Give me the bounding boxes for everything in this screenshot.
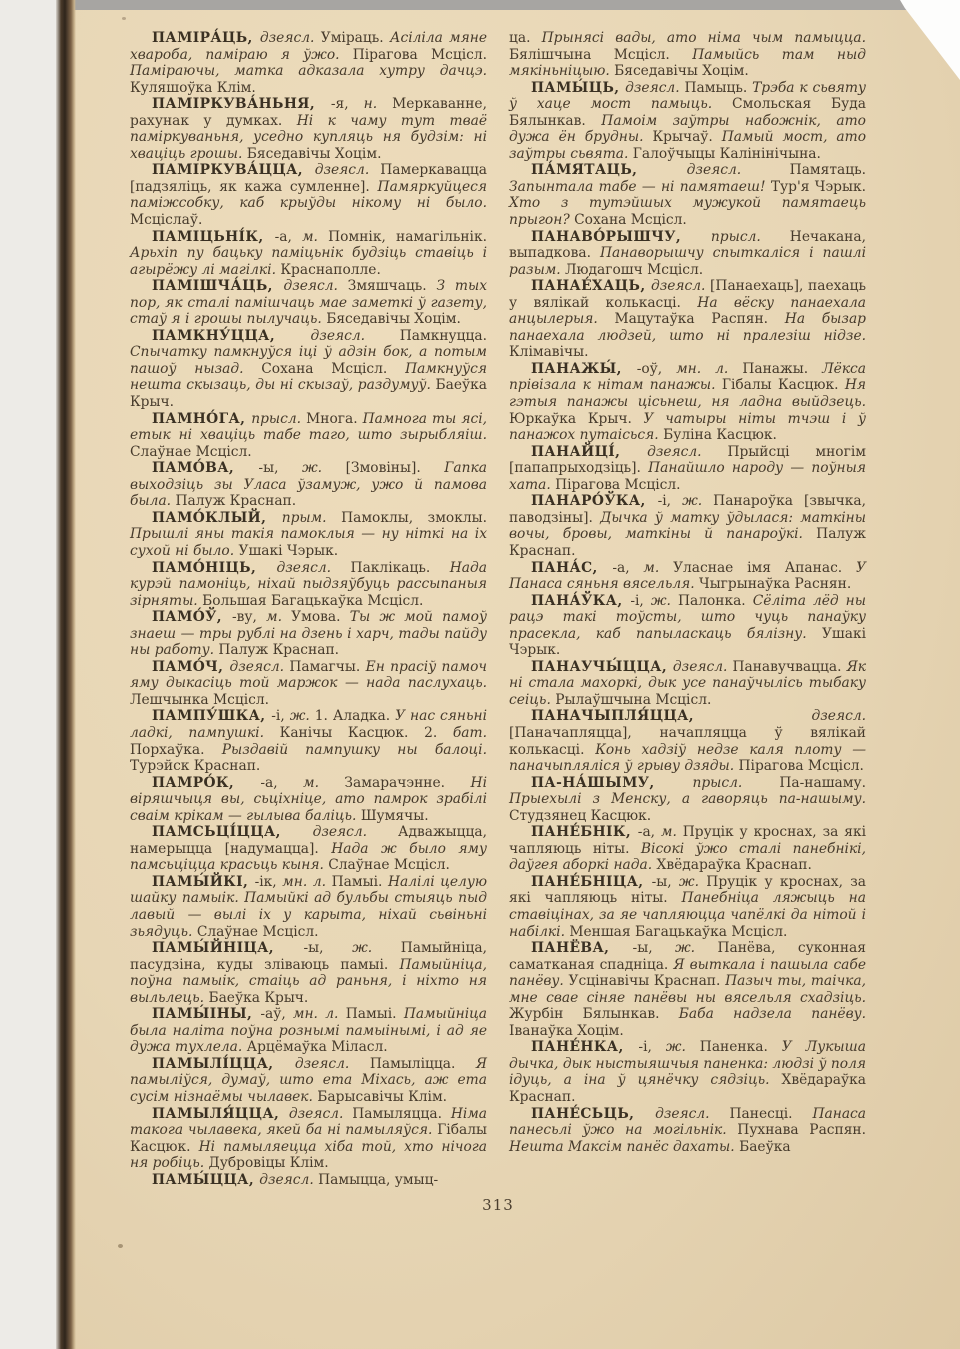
- example-italic-text: мн. л.: [293, 1006, 346, 1022]
- example-italic-text: Рыздавій пампушку ны балоці.: [222, 742, 487, 758]
- plain-text: Памыі.: [332, 874, 388, 890]
- plain-text: Чыгрынаўка Раснян.: [699, 576, 851, 592]
- headword: ПАМІРА́ЦЬ,: [152, 30, 260, 46]
- scanned-dictionary-page: ПАМІРА́ЦЬ, дзеясл. Уміраць. Асіліла мяне…: [0, 0, 960, 1349]
- dictionary-entry: ПАНАЕ́ХАЦЬ, дзеясл. [Панаехаць], паехаць…: [509, 278, 866, 361]
- example-italic-text: мн. л.: [282, 874, 331, 890]
- plain-text: Юркаўка Крыч.: [509, 411, 644, 427]
- headword: ПАМО́Ў,: [152, 609, 232, 625]
- headword: ПАМІРКУВА́НЬНЯ,: [152, 96, 331, 112]
- plain-text: Пірагова Мсцісл.: [353, 47, 487, 63]
- dictionary-entry: ПАМО́ВА, -ы, ж. [Змовіны]. Гапка выходзі…: [130, 460, 487, 510]
- plain-text: Паклікаць.: [351, 560, 450, 576]
- headword: ПАМІЦЬНІ́К,: [152, 229, 275, 245]
- plain-text: Палуж Краснап.: [218, 642, 339, 658]
- dictionary-entry: ПА́МЯТАЦЬ, дзеясл. Памятаць. Запынтала т…: [509, 162, 866, 228]
- plain-text: -і,: [271, 708, 289, 724]
- plain-text: Бяседавічы Хоцім.: [247, 146, 382, 162]
- plain-text: Многа.: [306, 411, 363, 427]
- example-italic-text: ж.: [679, 874, 706, 890]
- dictionary-entry: ПАНЁВА, -ы, ж. Панёва, суконная саматкан…: [509, 940, 866, 1039]
- dictionary-entry: ПАНАЙЦІ́, дзеясл. Прыйсці многім [папапр…: [509, 444, 866, 494]
- plain-text: Шумячы.: [361, 808, 429, 824]
- dictionary-entry: ПАНАЖЫ́, -оў, мн. л. Панажы. Лёкса пріві…: [509, 361, 866, 444]
- two-column-layout: ПАМІРА́ЦЬ, дзеясл. Уміраць. Асіліла мяне…: [130, 30, 866, 1188]
- plain-text: Лешчынка Мсцісл.: [130, 692, 269, 708]
- example-italic-text: Запынтала табе — ні памятаеш!: [509, 179, 771, 195]
- dictionary-text-block: ПАМІРА́ЦЬ, дзеясл. Уміраць. Асіліла мяне…: [130, 30, 866, 1188]
- headword: ПА-НА́ШЫМУ,: [531, 775, 692, 791]
- example-italic-text: Паміраючы, матка адказала хутру дачцэ.: [130, 63, 487, 79]
- plain-text: Іванаўка Хоцім.: [509, 1023, 624, 1039]
- dictionary-entry: ПАНАУЧЫ́ЦЦА, дзеясл. Панавучвацца. Як ні…: [509, 659, 866, 709]
- plain-text: Куляшоўка Клім.: [130, 80, 256, 96]
- headword: ПАНАЕ́ХАЦЬ,: [531, 278, 651, 294]
- headword: ПАНЕ́СЬЦЬ,: [531, 1106, 655, 1122]
- plain-text: Галоўчыцы Калінінічына.: [633, 146, 821, 162]
- plain-text: Слаўнае Мсцісл.: [328, 857, 450, 873]
- plain-text: Меншая Багацькаўка Мсцісл.: [569, 924, 787, 940]
- plain-text: Памкнуцца.: [400, 328, 487, 344]
- headword: ПАНАВО́РЫШЧУ,: [531, 229, 711, 245]
- plain-text: Краснаполле.: [280, 262, 380, 278]
- example-italic-text: дзеясл.: [313, 824, 398, 840]
- headword: ПАНАУЧЫ́ЦЦА,: [531, 659, 673, 675]
- ink-speck: [118, 1244, 123, 1248]
- column-right: ца. Прынясі вады, ато німа чым памыцца. …: [509, 30, 866, 1188]
- example-italic-text: ж.: [302, 460, 346, 476]
- example-italic-text: дзеясл.: [277, 560, 351, 576]
- dictionary-entry: ПА-НА́ШЫМУ, прысл. Па-нашаму. Прыехылі з…: [509, 775, 866, 825]
- plain-text: Памыцца, умыц-: [318, 1172, 438, 1188]
- dictionary-entry: ПАНАРО́ЎКА, -і, ж. Панароўка [звычка, па…: [509, 493, 866, 559]
- headword: ПАНАЖЫ́,: [531, 361, 637, 377]
- plain-text: Хвёдараўка Краснап.: [657, 857, 812, 873]
- example-italic-text: ж.: [666, 1039, 700, 1055]
- plain-text: -і,: [630, 593, 650, 609]
- example-italic-text: прым.: [282, 510, 341, 526]
- headword: ПАМРО́К,: [152, 775, 260, 791]
- headword: ПАНАЙЦІ́,: [531, 444, 647, 460]
- page-number: 313: [130, 1196, 866, 1214]
- plain-text: ца.: [509, 30, 542, 46]
- dictionary-entry: ПАНАВО́РЫШЧУ, прысл. Нечакана, выпадкова…: [509, 229, 866, 279]
- plain-text: Журбін Бялынкав.: [509, 1006, 679, 1022]
- example-italic-text: Хто з тутэйшых мужукой памятаець прыгон?: [509, 195, 866, 228]
- plain-text: Порхаўка.: [130, 742, 222, 758]
- plain-text: -а,: [612, 560, 643, 576]
- example-italic-text: м.: [302, 229, 328, 245]
- plain-text: Памоклы, змоклы.: [341, 510, 487, 526]
- plain-text: -ік,: [255, 874, 283, 890]
- plain-text: -і,: [638, 1039, 665, 1055]
- headword: ПАНАЧЫПЛЯ́ЦЦА,: [531, 708, 812, 724]
- plain-text: -оў,: [637, 361, 677, 377]
- plain-text: -аў,: [260, 1006, 293, 1022]
- ink-speck: [122, 17, 126, 20]
- example-italic-text: дзеясл.: [687, 162, 790, 178]
- plain-text: Панесці.: [730, 1106, 813, 1122]
- dictionary-entry: ПАМЫ́ЦЬ, дзеясл. Памыць. Трэба к сьвяту …: [509, 80, 866, 163]
- plain-text: Пірагова Мсцісл.: [739, 758, 864, 774]
- column-left: ПАМІРА́ЦЬ, дзеясл. Уміраць. Асіліла мяне…: [130, 30, 487, 1188]
- headword: ПАНЕ́БНІЦА,: [531, 874, 652, 890]
- plain-text: Памятаць.: [790, 162, 866, 178]
- headword: ПАМО́НІЦЬ,: [152, 560, 277, 576]
- plain-text: -ы,: [258, 460, 302, 476]
- plain-text: 1. Аладка.: [315, 708, 395, 724]
- dictionary-entry: ПАНЕ́НКА, -і, ж. Паненка. У Лукыша дычка…: [509, 1039, 866, 1105]
- headword: ПА́МЯТАЦЬ,: [531, 162, 687, 178]
- scan-left-margin: [0, 0, 56, 1349]
- example-italic-text: бат.: [453, 725, 487, 741]
- plain-text: Змяшчаць.: [348, 278, 437, 294]
- example-italic-text: дзеясл.: [647, 444, 727, 460]
- plain-text: Арцёмаўка Міласл.: [247, 1039, 388, 1055]
- plain-text: Большая Багацькаўка Мсцісл.: [202, 593, 423, 609]
- dictionary-entry: ПАМКНУ́ЦЦА, дзеясл. Памкнуцца. Спычатку …: [130, 328, 487, 411]
- plain-text: Памыліцца.: [370, 1056, 476, 1072]
- plain-text: Замарачэнне.: [344, 775, 470, 791]
- headword: ПАНА́С,: [531, 560, 612, 576]
- dictionary-entry: ПАНЕ́СЬЦЬ, дзеясл. Панесці. Панаса панес…: [509, 1106, 866, 1156]
- headword: ПАНЕ́БНІК,: [531, 824, 638, 840]
- plain-text: -ы,: [652, 874, 679, 890]
- example-italic-text: дзеясл.: [311, 328, 400, 344]
- headword: ПАМЫ́ЙНІЦА,: [152, 940, 303, 956]
- headword: ПАМЫ́ЦЦА,: [152, 1172, 259, 1188]
- plain-text: Памыць.: [684, 80, 752, 96]
- dictionary-entry: ПАМРО́К, -а, м. Замарачэнне. Ні віряшчыц…: [130, 775, 487, 825]
- plain-text: -а,: [638, 824, 661, 840]
- dictionary-entry: ПАМНО́ГА, прысл. Многа. Памнога ты ясі, …: [130, 411, 487, 461]
- dictionary-entry: ПАМО́НІЦЬ, дзеясл. Паклікаць. Нада курэй…: [130, 560, 487, 610]
- dictionary-entry: ПАМО́КЛЫЙ, прым. Памоклы, змоклы. Прышлі…: [130, 510, 487, 560]
- headword: ПАНЕ́НКА,: [531, 1039, 638, 1055]
- plain-text: -а,: [260, 775, 303, 791]
- example-italic-text: м.: [303, 775, 344, 791]
- dictionary-entry: ца. Прынясі вады, ато німа чым памыцца. …: [509, 30, 866, 80]
- scanner-backdrop-strip: [0, 0, 960, 10]
- plain-text: Уласнае імя Апанас.: [673, 560, 856, 576]
- example-italic-text: дзеясл.: [673, 659, 733, 675]
- plain-text: Барысавічы Клім.: [317, 1089, 447, 1105]
- example-italic-text: ж.: [682, 493, 713, 509]
- dictionary-entry: ПАМПУ́ШКА, -і, ж. 1. Аладка. У нас сяньн…: [130, 708, 487, 774]
- plain-text: Клімавічы.: [509, 344, 588, 360]
- plain-text: -а,: [275, 229, 303, 245]
- dictionary-entry: ПАМІРКУВА́НЬНЯ, -я, н. Меркаванне, рахун…: [130, 96, 487, 162]
- example-italic-text: дзеясл.: [260, 30, 321, 46]
- plain-text: Пухнава Распян.: [737, 1122, 866, 1138]
- plain-text: Слаўнае Мсцісл.: [197, 924, 319, 940]
- plain-text: Буліна Касцюк.: [663, 427, 777, 443]
- headword: ПАМЫ́ЦЬ,: [531, 80, 625, 96]
- example-italic-text: ж.: [651, 593, 678, 609]
- example-italic-text: ж.: [675, 940, 717, 956]
- plain-text: Гібалы Касцюк.: [722, 377, 845, 393]
- dictionary-entry: ПАМЫЛІ́ЦЦА, дзеясл. Памыліцца. Я памыліў…: [130, 1056, 487, 1106]
- dictionary-entry: ПАМЫЛЯ́ЦЦА, дзеясл. Памыляцца. Німа тако…: [130, 1106, 487, 1172]
- headword: ПАМЫ́ЙКІ,: [152, 874, 255, 890]
- example-italic-text: прысл.: [711, 229, 790, 245]
- plain-text: Бялішчына Мсцісл.: [509, 47, 692, 63]
- dictionary-entry: ПАНЕ́БНІК, -а, м. Пруцік у кроснах, за я…: [509, 824, 866, 874]
- headword: ПАМКНУ́ЦЦА,: [152, 328, 311, 344]
- dictionary-entry: ПАМЫ́ЙКІ, -ік, мн. л. Памыі. Налілі целу…: [130, 874, 487, 940]
- example-italic-text: м.: [661, 824, 683, 840]
- plain-text: Рылаўшчына Мсцісл.: [555, 692, 711, 708]
- example-italic-text: дзеясл.: [283, 278, 347, 294]
- plain-text: -ы,: [633, 940, 675, 956]
- dictionary-entry: ПАМІРКУВА́ЦЦА, дзеясл. Памеркавацца [пад…: [130, 162, 487, 228]
- dictionary-entry: ПАМІШЧА́ЦЬ, дзеясл. Змяшчаць. З тых пор,…: [130, 278, 487, 328]
- headword: ПАНАРО́ЎКА,: [531, 493, 658, 509]
- headword: ПАМО́КЛЫЙ,: [152, 510, 282, 526]
- dictionary-entry: ПАМІРА́ЦЬ, дзеясл. Уміраць. Асіліла мяне…: [130, 30, 487, 96]
- plain-text: Баеўка: [739, 1139, 791, 1155]
- example-italic-text: дзеясл.: [315, 162, 380, 178]
- plain-text: Пірагова Мсцісл.: [555, 477, 680, 493]
- book-binding-edge: [56, 0, 76, 1349]
- plain-text: Слаўнае Мсцісл.: [130, 444, 252, 460]
- headword: ПАНЁВА,: [531, 940, 633, 956]
- plain-text: Панажы.: [742, 361, 822, 377]
- plain-text: -ву,: [232, 609, 266, 625]
- plain-text: Турэйск Краснап.: [130, 758, 260, 774]
- plain-text: Тур'я Чэрык.: [771, 179, 866, 195]
- dictionary-entry: ПАНАЧЫПЛЯ́ЦЦА, дзеясл. [Паначапляцца], н…: [509, 708, 866, 774]
- example-italic-text: м.: [643, 560, 673, 576]
- example-italic-text: Прынясі вады, ато німа чым памыцца.: [542, 30, 866, 46]
- dictionary-entry: ПАМО́Ч, дзеясл. Памагчы. Ен прасіў памоч…: [130, 659, 487, 709]
- plain-text: Мацутаўка Распян.: [614, 311, 784, 327]
- plain-text: Сохана Мсцісл.: [261, 361, 405, 377]
- headword: ПАМСЬЦІ́ЦЦА,: [152, 824, 313, 840]
- headword: ПАНА́ЎКА,: [531, 593, 630, 609]
- plain-text: Памыі.: [346, 1006, 404, 1022]
- example-italic-text: м.: [266, 609, 291, 625]
- example-italic-text: ж.: [290, 708, 315, 724]
- dictionary-entry: ПАНЕ́БНІЦА, -ы, ж. Пруцік у кроснах, за …: [509, 874, 866, 940]
- plain-text: Сохана Мсцісл.: [574, 212, 687, 228]
- dictionary-entry: ПАМЫ́ІНЫ, -аў, мн. л. Памыі. Памыйніца б…: [130, 1006, 487, 1056]
- headword: ПАМІШЧА́ЦЬ,: [152, 278, 283, 294]
- plain-text: Бяседавічы Хоцім.: [614, 63, 749, 79]
- plain-text: Па-нашаму.: [779, 775, 866, 791]
- example-italic-text: дзеясл.: [812, 708, 866, 724]
- plain-text: Бяседавічы Хоцім.: [326, 311, 461, 327]
- plain-text: Помнік, намагільнік.: [328, 229, 487, 245]
- example-italic-text: Нешта Максім панёс дахаты.: [509, 1139, 739, 1155]
- example-italic-text: Баба надзела панёву.: [679, 1006, 866, 1022]
- plain-text: Усцінавічы Краснап.: [569, 973, 726, 989]
- plain-text: Панавучвацца.: [732, 659, 846, 675]
- example-italic-text: дзеясл.: [259, 1172, 318, 1188]
- plain-text: Палонка.: [678, 593, 753, 609]
- plain-text: Дубровіцы Клім.: [209, 1155, 329, 1171]
- example-italic-text: дзеясл.: [651, 278, 710, 294]
- plain-text: -я,: [331, 96, 364, 112]
- example-italic-text: ж.: [352, 940, 401, 956]
- headword: ПАМЫ́ІНЫ,: [152, 1006, 260, 1022]
- example-italic-text: мн. л.: [676, 361, 742, 377]
- example-italic-text: н.: [364, 96, 392, 112]
- plain-text: Канічы Касцюк. 2.: [280, 725, 453, 741]
- plain-text: Ушакі Чэрык.: [239, 543, 339, 559]
- dictionary-entry: ПАМСЬЦІ́ЦЦА, дзеясл. Адважыцца, намерыцц…: [130, 824, 487, 874]
- headword: ПАМІРКУВА́ЦЦА,: [152, 162, 315, 178]
- plain-text: -і,: [658, 493, 683, 509]
- dictionary-entry: ПАНА́ЎКА, -і, ж. Палонка. Сёліта лёд ны …: [509, 593, 866, 659]
- plain-text: Палуж Краснап.: [175, 493, 296, 509]
- plain-text: [Змовіны].: [346, 460, 445, 476]
- plain-text: -ы,: [303, 940, 352, 956]
- headword: ПАМЫЛІ́ЦЦА,: [152, 1056, 295, 1072]
- plain-text: Студзянец Касцюк.: [509, 808, 651, 824]
- plain-text: Памыляцца.: [352, 1106, 451, 1122]
- plain-text: Уміраць.: [321, 30, 390, 46]
- headword: ПАМЫЛЯ́ЦЦА,: [152, 1106, 289, 1122]
- plain-text: Памагчы.: [289, 659, 365, 675]
- example-italic-text: дзеясл.: [289, 1106, 352, 1122]
- headword: ПАМПУ́ШКА,: [152, 708, 271, 724]
- plain-text: Мсціслаў.: [130, 212, 202, 228]
- plain-text: Умова.: [291, 609, 350, 625]
- plain-text: Баеўка Крыч.: [208, 990, 308, 1006]
- example-italic-text: прысл.: [251, 411, 306, 427]
- example-italic-text: дзеясл.: [295, 1056, 370, 1072]
- example-italic-text: дзеясл.: [625, 80, 684, 96]
- dictionary-entry: ПАМЫ́ЙНІЦА, -ы, ж. Памыйніца, пасудзіна,…: [130, 940, 487, 1006]
- plain-text: Паненка.: [700, 1039, 782, 1055]
- example-italic-text: дзеясл.: [655, 1106, 729, 1122]
- example-italic-text: прысл.: [692, 775, 779, 791]
- example-italic-text: дзеясл.: [230, 659, 290, 675]
- dictionary-entry: ПАМО́Ў, -ву, м. Умова. Ты ж мой памоў зн…: [130, 609, 487, 659]
- dictionary-entry: ПАНА́С, -а, м. Уласнае імя Апанас. У Пан…: [509, 560, 866, 593]
- plain-text: Крычаў.: [652, 129, 721, 145]
- dictionary-entry: ПАМЫ́ЦЦА, дзеясл. Памыцца, умыц-: [130, 1172, 487, 1189]
- headword: ПАМО́ВА,: [152, 460, 258, 476]
- headword: ПАМО́Ч,: [152, 659, 230, 675]
- dictionary-entry: ПАМІЦЬНІ́К, -а, м. Помнік, намагільнік. …: [130, 229, 487, 279]
- example-italic-text: Прыехылі з Менску, а гаворяць па-нашыму.: [509, 791, 866, 807]
- plain-text: Людагошч Мсцісл.: [565, 262, 703, 278]
- headword: ПАМНО́ГА,: [152, 411, 251, 427]
